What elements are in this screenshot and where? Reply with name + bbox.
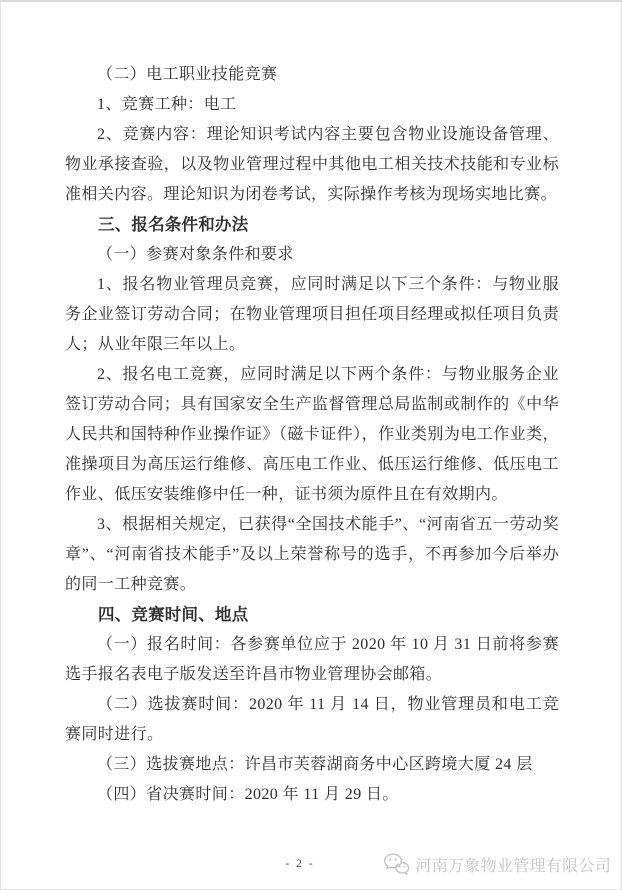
- section-heading: 三、报名条件和办法: [65, 210, 559, 240]
- doc-paragraph: 3、根据相关规定，已获得“全国技术能手”、“河南省五一劳动奖章”、“河南省技术能…: [65, 510, 559, 600]
- doc-paragraph: 2、报名电工竞赛，应同时满足以下两个条件：与物业服务企业签订劳动合同；具有国家安…: [65, 360, 559, 510]
- doc-paragraph: 2、竞赛内容：理论知识考试内容主要包含物业设施设备管理、物业承接查验，以及物业管…: [65, 120, 559, 210]
- doc-paragraph: （四）省决赛时间：2020 年 11 月 29 日。: [65, 780, 559, 810]
- section-heading: 四、竞赛时间、地点: [65, 600, 559, 630]
- wechat-icon: [383, 852, 410, 877]
- doc-paragraph: 1、竞赛工种：电工: [65, 90, 559, 120]
- doc-paragraph: 1、报名物业管理员竞赛，应同时满足以下三个条件：与物业服务企业签订劳动合同；在物…: [65, 270, 559, 360]
- doc-paragraph: （三）选拔赛地点：许昌市芙蓉湖商务中心区跨境大厦 24 层: [65, 750, 559, 780]
- document-page: { "document": { "paragraphs": [ { "type"…: [0, 0, 622, 890]
- doc-subheading: （一）参赛对象条件和要求: [65, 240, 559, 270]
- watermark: 河南万象物业管理有限公司: [383, 852, 611, 877]
- page-footer: - 2 - 河南万象物业管理有限公司: [1, 852, 622, 884]
- document-body: （二）电工职业技能竞赛 1、竞赛工种：电工 2、竞赛内容：理论知识考试内容主要包…: [65, 60, 559, 810]
- watermark-text: 河南万象物业管理有限公司: [415, 853, 611, 876]
- doc-paragraph: （二）选拔赛时间：2020 年 11 月 14 日，物业管理员和电工竞赛同时进行…: [65, 690, 559, 750]
- doc-subheading: （二）电工职业技能竞赛: [65, 60, 559, 90]
- doc-paragraph: （一）报名时间：各参赛单位应于 2020 年 10 月 31 日前将参赛选手报名…: [65, 630, 559, 690]
